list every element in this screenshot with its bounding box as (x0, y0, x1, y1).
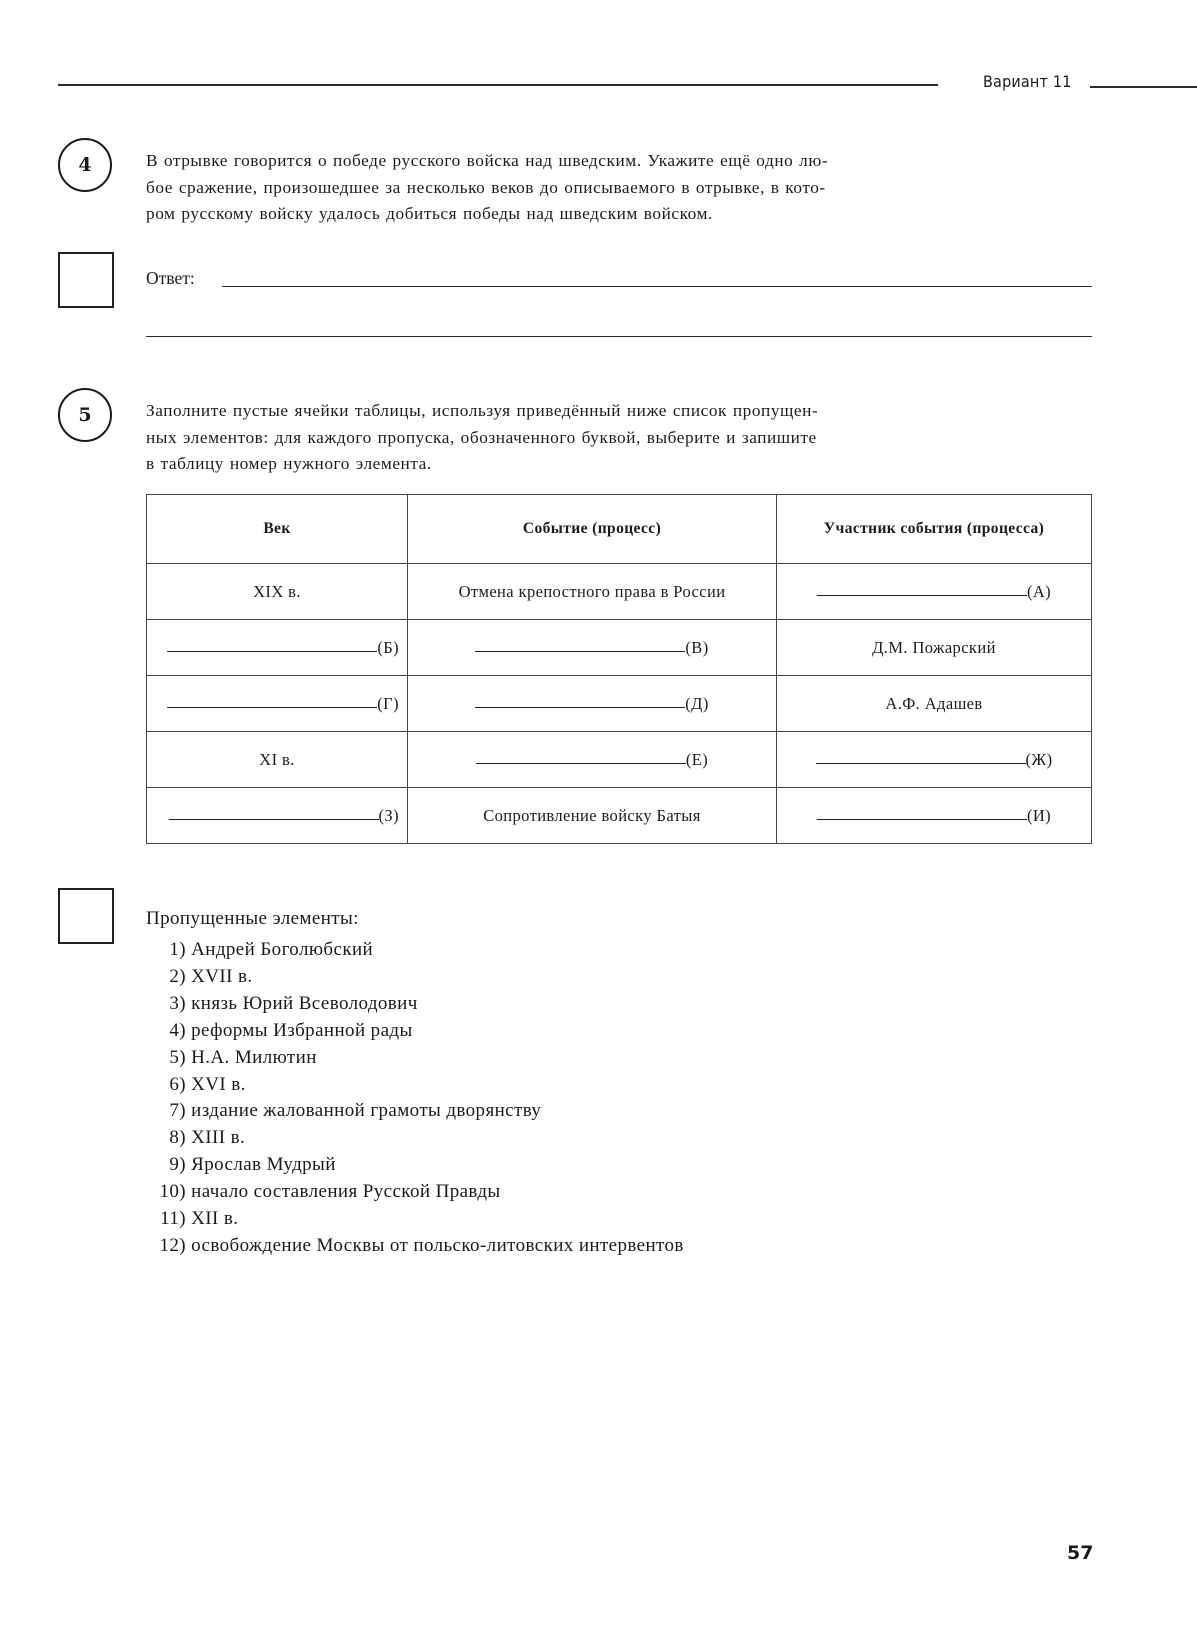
cell-century: XIX в. (147, 564, 408, 620)
item-text: освобождение Москвы от польско-литовских… (191, 1235, 684, 1256)
blank-participant[interactable]: (И) (817, 806, 1051, 826)
item-number: 3) (146, 991, 186, 1018)
missing-elements-list: 1) Андрей Боголюбский2) XVII в.3) князь … (146, 937, 684, 1260)
item-number: 5) (146, 1045, 186, 1072)
item-text: XVII в. (191, 966, 252, 987)
blank-participant[interactable]: (Ж) (816, 750, 1053, 770)
missing-element-item: 4) реформы Избранной рады (146, 1018, 684, 1045)
table-header-row: Век Событие (процесс) Участник события (… (147, 495, 1092, 564)
task-5-number: 5 (78, 404, 91, 426)
item-text: начало составления Русской Правды (191, 1181, 500, 1202)
header-participant: Участник события (процесса) (777, 495, 1092, 564)
item-number: 12) (146, 1233, 186, 1260)
task-5-line: ных элементов: для каждого пропуска, обо… (146, 425, 818, 452)
table-row: (Б)(В)Д.М. Пожарский (147, 620, 1092, 676)
item-number: 1) (146, 937, 186, 964)
fill-in-line[interactable] (475, 707, 685, 708)
item-text: Андрей Боголюбский (191, 939, 373, 960)
blank-letter: (В) (685, 638, 708, 658)
fill-in-line[interactable] (816, 763, 1026, 764)
item-text: издание жалованной грамоты дворянству (191, 1100, 541, 1121)
missing-element-item: 12) освобождение Москвы от польско-литов… (146, 1233, 684, 1260)
task-4-answer-label: Ответ: (146, 268, 195, 289)
blank-letter: (Ж) (1026, 750, 1053, 770)
blank-letter: (З) (379, 806, 399, 826)
item-number: 4) (146, 1018, 186, 1045)
task-5-line: в таблицу номер нужного элемента. (146, 451, 818, 478)
blank-letter: (Г) (377, 694, 399, 714)
missing-element-item: 7) издание жалованной грамоты дворянству (146, 1098, 684, 1125)
cell-event[interactable]: (В) (408, 620, 777, 676)
blank-century[interactable]: (Г) (167, 694, 399, 714)
item-text: реформы Избранной рады (191, 1020, 412, 1041)
blank-letter: (А) (1027, 582, 1051, 602)
item-number: 6) (146, 1072, 186, 1099)
item-text: князь Юрий Всеволодович (191, 993, 418, 1014)
cell-century: XI в. (147, 732, 408, 788)
task-4-line: В отрывке говорится о победе русского во… (146, 148, 828, 175)
missing-element-item: 2) XVII в. (146, 964, 684, 991)
table-row: XI в.(Е)(Ж) (147, 732, 1092, 788)
cell-event: Сопротивление войску Батыя (408, 788, 777, 844)
blank-letter: (Б) (377, 638, 399, 658)
fill-in-line[interactable] (169, 819, 379, 820)
blank-event[interactable]: (В) (475, 638, 708, 658)
missing-element-item: 3) князь Юрий Всеволодович (146, 991, 684, 1018)
cell-participant[interactable]: (Ж) (777, 732, 1092, 788)
variant-title: Вариант 11 (983, 72, 1072, 91)
task-4-question: В отрывке говорится о победе русского во… (146, 148, 828, 228)
missing-element-item: 10) начало составления Русской Правды (146, 1179, 684, 1206)
task-4-line: ром русскому войску удалось добиться поб… (146, 201, 828, 228)
task-4-score-box[interactable] (58, 252, 114, 308)
cell-participant: А.Ф. Адашев (777, 676, 1092, 732)
missing-element-item: 8) XIII в. (146, 1125, 684, 1152)
header-event: Событие (процесс) (408, 495, 777, 564)
missing-element-item: 5) Н.А. Милютин (146, 1045, 684, 1072)
fill-in-line[interactable] (475, 651, 685, 652)
task-5-table: Век Событие (процесс) Участник события (… (146, 494, 1092, 844)
missing-element-item: 1) Андрей Боголюбский (146, 937, 684, 964)
item-text: XVI в. (191, 1074, 246, 1095)
missing-element-item: 6) XVI в. (146, 1072, 684, 1099)
item-text: XII в. (191, 1208, 238, 1229)
item-text: Н.А. Милютин (191, 1047, 317, 1068)
blank-century[interactable]: (Б) (167, 638, 399, 658)
blank-event[interactable]: (Е) (476, 750, 708, 770)
table-row: (З)Сопротивление войску Батыя(И) (147, 788, 1092, 844)
cell-participant[interactable]: (И) (777, 788, 1092, 844)
blank-participant[interactable]: (А) (817, 582, 1051, 602)
cell-event: Отмена крепостного права в России (408, 564, 777, 620)
missing-element-item: 9) Ярослав Мудрый (146, 1152, 684, 1179)
item-number: 10) (146, 1179, 186, 1206)
item-number: 7) (146, 1098, 186, 1125)
item-number: 2) (146, 964, 186, 991)
cell-event[interactable]: (Д) (408, 676, 777, 732)
header-rule-right (1090, 86, 1197, 88)
blank-letter: (Д) (685, 694, 708, 714)
item-number: 9) (146, 1152, 186, 1179)
item-number: 8) (146, 1125, 186, 1152)
fill-in-line[interactable] (167, 707, 377, 708)
header-rule-left (58, 84, 938, 86)
blank-century[interactable]: (З) (169, 806, 399, 826)
table-row: (Г)(Д)А.Ф. Адашев (147, 676, 1092, 732)
blank-letter: (Е) (686, 750, 708, 770)
cell-century[interactable]: (Г) (147, 676, 408, 732)
task-4-answer-line-1[interactable] (222, 286, 1092, 287)
task-4-number: 4 (78, 154, 91, 176)
item-number: 11) (146, 1206, 186, 1233)
missing-elements-title: Пропущенные элементы: (146, 908, 359, 930)
task-5-score-box[interactable] (58, 888, 114, 944)
cell-participant[interactable]: (А) (777, 564, 1092, 620)
blank-letter: (И) (1027, 806, 1051, 826)
task-4-line: бое сражение, произошедшее за несколько … (146, 175, 828, 202)
missing-element-item: 11) XII в. (146, 1206, 684, 1233)
item-text: Ярослав Мудрый (191, 1154, 336, 1175)
cell-century[interactable]: (З) (147, 788, 408, 844)
task-5-question: Заполните пустые ячейки таблицы, использ… (146, 398, 818, 478)
table-row: XIX в.Отмена крепостного права в России(… (147, 564, 1092, 620)
header-century: Век (147, 495, 408, 564)
page-number: 57 (1067, 1542, 1093, 1564)
cell-event[interactable]: (Е) (408, 732, 777, 788)
fill-in-line[interactable] (476, 763, 686, 764)
cell-century[interactable]: (Б) (147, 620, 408, 676)
task-5-line: Заполните пустые ячейки таблицы, использ… (146, 398, 818, 425)
task-5-number-badge: 5 (58, 388, 112, 442)
item-text: XIII в. (191, 1127, 245, 1148)
fill-in-line[interactable] (817, 819, 1027, 820)
fill-in-line[interactable] (167, 651, 377, 652)
task-4-number-badge: 4 (58, 138, 112, 192)
task-4-answer-line-2[interactable] (146, 336, 1092, 337)
blank-event[interactable]: (Д) (475, 694, 708, 714)
cell-participant: Д.М. Пожарский (777, 620, 1092, 676)
fill-in-line[interactable] (817, 595, 1027, 596)
